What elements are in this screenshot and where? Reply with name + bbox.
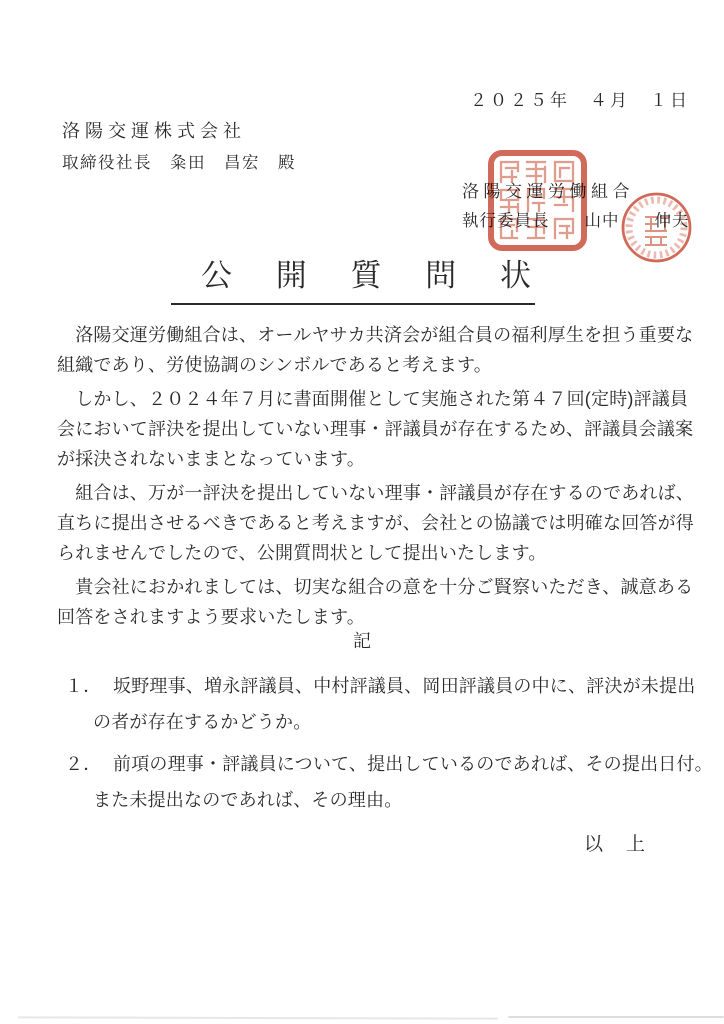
item-number: １． (65, 668, 113, 704)
question-items: １．坂野理事、増永評議員、中村評議員、岡田評議員の中に、評決が未提出 の者が存在… (65, 668, 680, 824)
union-square-seal-stamp-icon (487, 149, 588, 257)
title-char: 公 (201, 250, 232, 295)
body-line: 洛陽交運労働組合は、オールヤサカ共済会が組合員の福利厚生を担う重要な (57, 320, 677, 350)
item-line: また未提出なのであれば、その理由。 (65, 782, 680, 818)
body-line: が採決されないままとなっています。 (57, 444, 677, 474)
title-char: 質 (351, 250, 382, 295)
item-number: ２． (65, 746, 113, 782)
body-line: られませんでしたので、公開質問状として提出いたします。 (57, 538, 677, 568)
scan-edge-artifact (18, 1016, 498, 1019)
scanned-letter-page: ２０２５年 ４月 １日 洛陽交運株式会社 取締役社長 粂田 昌宏 殿 洛陽交運労… (0, 0, 724, 1024)
item-text: 前項の理事・評議員について、提出しているのであれば、その提出日付。 (113, 754, 713, 774)
title-char: 問 (425, 250, 456, 295)
body-line: 直ちに提出させるべきであると考えますが、会社との協議では明確な回答が得 (57, 508, 677, 538)
body-line: しかし、２０２４年７月に書面開催として実施された第４７回(定時)評議員 (57, 384, 677, 414)
scan-edge-artifact (508, 1016, 724, 1018)
question-item-2: ２．前項の理事・評議員について、提出しているのであれば、その提出日付。 また未提… (65, 746, 680, 818)
document-date: ２０２５年 ４月 １日 (470, 86, 690, 111)
item-line: ２．前項の理事・評議員について、提出しているのであれば、その提出日付。 (65, 746, 680, 782)
item-line: １．坂野理事、増永評議員、中村評議員、岡田評議員の中に、評決が未提出 (65, 668, 680, 704)
document-title: 公 開 質 問 状 (171, 250, 535, 305)
title-char: 状 (500, 250, 531, 295)
question-item-1: １．坂野理事、増永評議員、中村評議員、岡田評議員の中に、評決が未提出 の者が存在… (65, 668, 680, 740)
item-text: 坂野理事、増永評議員、中村評議員、岡田評議員の中に、評決が未提出 (113, 676, 695, 696)
body-line: 貴会社におかれましては、切実な組合の意を十分ご賢察いただき、誠意ある (57, 572, 677, 602)
ki-marker: 記 (0, 627, 724, 653)
closing-marker: 以 上 (584, 829, 647, 856)
body-paragraphs: 洛陽交運労働組合は、オールヤサカ共済会が組合員の福利厚生を担う重要な 組織であり… (57, 316, 677, 636)
chairman-round-seal-stamp-icon (620, 191, 693, 269)
recipient-addressee: 取締役社長 粂田 昌宏 殿 (62, 149, 296, 173)
recipient-company: 洛陽交運株式会社 (62, 117, 246, 143)
body-line: 組合は、万が一評決を提出していない理事・評議員が存在するのであれば、 (57, 478, 677, 508)
body-line: 会において評決を提出していない理事・評議員が存在するため、評議員会議案 (57, 414, 677, 444)
body-line: 組織であり、労使協調のシンボルであると考えます。 (57, 350, 677, 380)
item-line: の者が存在するかどうか。 (65, 704, 680, 740)
title-char: 開 (276, 250, 307, 295)
